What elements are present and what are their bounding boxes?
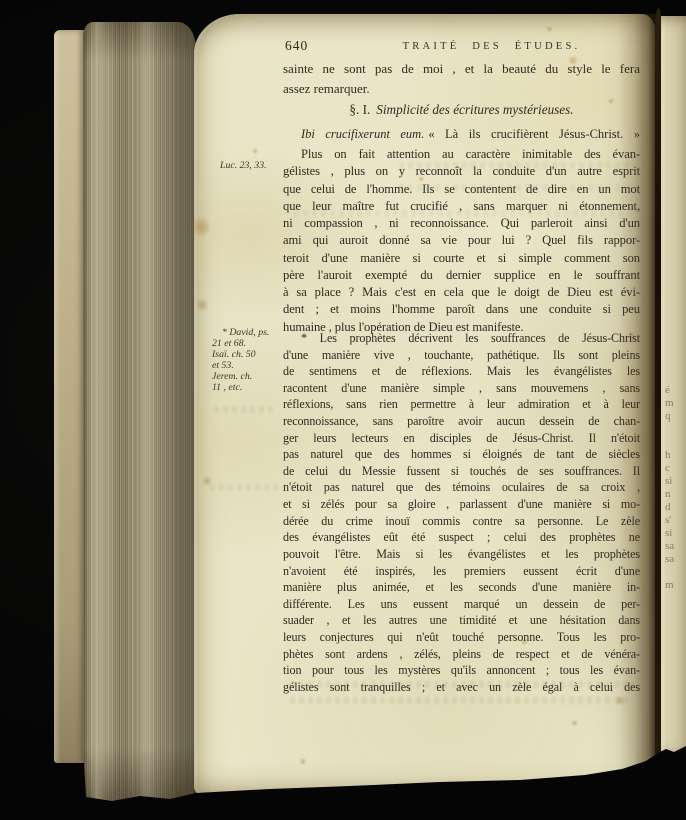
text-line: gélistes sont tranquilles ; et avec un z… — [283, 679, 640, 696]
text-line: teroit d'une manière si courte et si sim… — [283, 250, 640, 267]
text-line: dent ; et moins l'homme paroît dans une … — [283, 301, 640, 318]
text-line: dérée du crime inouï commis contre sa pe… — [283, 513, 640, 530]
text-fragment — [665, 566, 685, 579]
text-line: père l'auroit exempté du dernier supplic… — [283, 267, 640, 284]
verse-line: Ibi crucifixerunt eum.« Là ils crucifièr… — [283, 125, 640, 143]
section-heading: §. I.Simplicité des écritures mystérieus… — [283, 102, 640, 118]
text-fragment: sa — [665, 553, 685, 566]
book-page: Luc. 23, 33. * David, ps. 21 et 68. Isaï… — [194, 14, 656, 796]
page-number: 640 — [285, 38, 308, 54]
citation-translation: « Là ils crucifièrent Jésus-Christ. » — [428, 127, 640, 141]
text-line: phètes sont ardens , zélés, pleins de re… — [283, 646, 640, 663]
text-line: ger leurs lecteurs en disciples de Jésus… — [283, 430, 640, 447]
text-fragment: d — [665, 501, 685, 514]
text-line: d'une manière vive , touchante, pathétiq… — [283, 347, 640, 364]
text-fragment — [665, 423, 685, 436]
text-line: sainte ne sont pas de moi , et la beauté… — [283, 60, 640, 78]
margin-note-gospel-ref: Luc. 23, 33. — [220, 160, 267, 171]
text-line: pouvoit l'être. Mais si les évangélistes… — [283, 546, 640, 563]
show-through-mark — [210, 484, 280, 491]
facing-page-edge: é m q h c si n d s' si sa sa m — [661, 16, 686, 758]
text-fragment: n — [665, 488, 685, 501]
text-line: pas naturel que des hommes si éloignés d… — [283, 446, 640, 463]
section-number: §. I. — [349, 102, 370, 117]
text-line: assez remarquer. — [283, 80, 640, 98]
text-line: leurs conjectures qui n'eût touché perso… — [283, 629, 640, 646]
text-fragment: é — [665, 384, 685, 397]
text-line: que celui de l'homme. Ils se contentent … — [283, 181, 640, 198]
text-fragment: si — [665, 475, 685, 488]
show-through-mark — [214, 406, 274, 413]
text-fragment: m — [665, 579, 685, 592]
text-fragment — [665, 436, 685, 449]
book-cover-edge — [54, 30, 85, 763]
text-line: racontent d'une manière simple , sans mo… — [283, 380, 640, 397]
text-line: n'avoient été inspirés, les premiers eus… — [283, 563, 640, 580]
facing-page-fragments: é m q h c si n d s' si sa sa m — [665, 384, 685, 592]
foxing-spot — [252, 148, 258, 154]
text-line: tion pour tous les mystères qu'ils annon… — [283, 662, 640, 679]
body-text: 640 TRAITÉ DES ÉTUDES. sainte ne sont pa… — [283, 14, 640, 796]
text-fragment: m — [665, 397, 685, 410]
text-line: différente. Les uns eussent marqué un de… — [283, 596, 640, 613]
text-line: n'étoit pas naturel que des témoins ocul… — [283, 479, 640, 496]
running-title: TRAITÉ DES ÉTUDES. — [313, 41, 670, 52]
text-line: manière plus animée, et les seconds d'un… — [283, 579, 640, 596]
text-fragment: s' — [665, 514, 685, 527]
section-title: Simplicité des écritures mystérieuses. — [376, 102, 573, 117]
latin-citation: Ibi crucifixerunt eum. — [301, 127, 424, 141]
text-line: de celui du Messie fussent si touchés de… — [283, 463, 640, 480]
text-line: suader , et les autres une timidité et u… — [283, 612, 640, 629]
text-line: ami qui auroit donné sa vie pour lui ? Q… — [283, 232, 640, 249]
paragraph-main: Plus on fait attention au caractère inim… — [283, 146, 640, 336]
text-fragment: q — [665, 410, 685, 423]
text-fragment: h — [665, 449, 685, 462]
text-fragment: si — [665, 527, 685, 540]
foxing-spot — [202, 476, 212, 486]
text-line: * Les prophètes décrivent les souffrance… — [283, 330, 640, 347]
margin-note-line: Luc. 23, 33. — [220, 160, 267, 171]
fore-edge-pages — [83, 22, 196, 802]
text-line: à sa place ? Mais c'est en cela que le d… — [283, 284, 640, 301]
foxing-spot — [196, 298, 208, 312]
paragraph-commentary: * Les prophètes décrivent les souffrance… — [283, 330, 640, 695]
foxing-spot — [192, 216, 210, 238]
text-line: de sentimens et de réflexions. Mais les … — [283, 363, 640, 380]
text-fragment: sa — [665, 540, 685, 553]
text-line: et si zélés pour sa gloire , parlassent … — [283, 496, 640, 513]
book-photo: Luc. 23, 33. * David, ps. 21 et 68. Isaï… — [0, 0, 686, 820]
text-line: réflexions, sans rien permettre à leur a… — [283, 396, 640, 413]
text-line: des évangélistes eût été suspect ; celui… — [283, 529, 640, 546]
text-line: Plus on fait attention au caractère inim… — [283, 146, 640, 163]
text-line: gélistes , plus on y reconnoît la condui… — [283, 163, 640, 180]
text-fragment: c — [665, 462, 685, 475]
text-line: reconnoissance, sans paroître avoir aucu… — [283, 413, 640, 430]
text-line: ni compassion , ni reconnoissance. Qui p… — [283, 215, 640, 232]
text-line: que leur maître fut crucifié , sans marq… — [283, 198, 640, 215]
